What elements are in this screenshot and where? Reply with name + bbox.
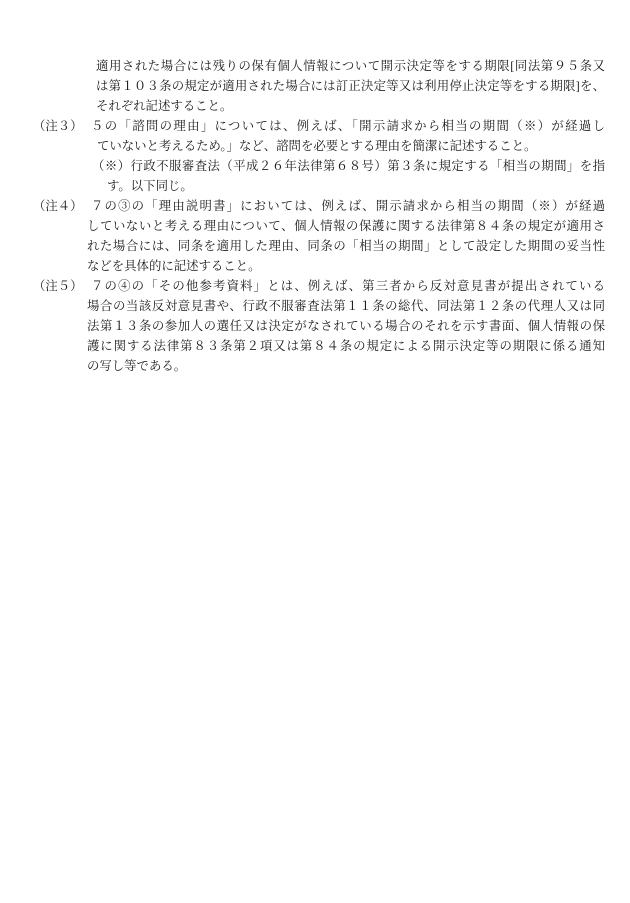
text-line: 法第１３条の参加人の選任又は決定がなされている場合のそれを示す書面、個人情報の保 [0,316,630,336]
note5-heading-line: （注５） ７の④の「その他参考資料」とは、例えば、第三者から反対意見書が提出され… [0,276,630,296]
note5-label: （注５） [33,276,83,296]
note4-label: （注４） [33,196,83,216]
text-line: 適用された場合には残りの保有個人情報について開示決定等をする期限[同法第９５条又 [0,56,630,76]
text-line: していないと考える理由について、個人情報の保護に関する法律第８４条の規定が適用さ [0,216,630,236]
line-text: れた場合には、同条を適用した理由、同条の「相当の期間」として設定した期間の妥当性 [87,236,605,256]
line-text: ７の③の「理由説明書」においては、例えば、開示請求から相当の期間（※）が経過 [91,196,605,216]
line-text: す。以下同じ。 [107,176,193,196]
note4-heading-line: （注４） ７の③の「理由説明書」においては、例えば、開示請求から相当の期間（※）… [0,196,630,216]
line-text: 護に関する法律第８３条第２項又は第８４条の規定による開示決定等の期限に係る通知 [87,336,605,356]
reference-note-line: （※）行政不服審査法（平成２６年法律第６８号）第３条に規定する「相当の期間」を指 [0,156,630,176]
text-line: ていないと考えるため。」など、諮問を必要とする理由を簡潔に記述すること。 [0,136,630,156]
line-text: 法第１３条の参加人の選任又は決定がなされている場合のそれを示す書面、個人情報の保 [87,316,605,336]
line-text: していないと考える理由について、個人情報の保護に関する法律第８４条の規定が適用さ [87,216,605,236]
line-text: は第１０３条の規定が適用された場合には訂正決定等又は利用停止決定等をする期限]を… [96,76,605,96]
text-line: それぞれ記述すること。 [0,96,630,116]
text-line: の写し等である。 [0,356,630,376]
text-line: 場合の当該反対意見書や、行政不服審査法第１１条の総代、同法第１２条の代理人又は同 [0,296,630,316]
document-page: 適用された場合には残りの保有個人情報について開示決定等をする期限[同法第９５条又… [0,0,630,903]
text-line: す。以下同じ。 [0,176,630,196]
line-text: の写し等である。 [87,356,186,376]
text-line: は第１０３条の規定が適用された場合には訂正決定等又は利用停止決定等をする期限]を… [0,76,630,96]
note3-heading-line: （注３） ５の「諮問の理由」については、例えば、「開示請求から相当の期間（※）が… [0,116,630,136]
text-line: などを具体的に記述すること。 [0,256,630,276]
line-text: それぞれ記述すること。 [96,96,232,116]
line-text: 適用された場合には残りの保有個人情報について開示決定等をする期限[同法第９５条又 [96,56,605,76]
notes-text-block: 適用された場合には残りの保有個人情報について開示決定等をする期限[同法第９５条又… [0,56,630,376]
line-text: ５の「諮問の理由」については、例えば、「開示請求から相当の期間（※）が経過し [91,116,605,136]
line-text: ていないと考えるため。」など、諮問を必要とする理由を簡潔に記述すること。 [97,136,536,156]
line-text: （※）行政不服審査法（平成２６年法律第６８号）第３条に規定する「相当の期間」を指 [92,156,605,176]
line-text: などを具体的に記述すること。 [87,256,260,276]
text-line: 護に関する法律第８３条第２項又は第８４条の規定による開示決定等の期限に係る通知 [0,336,630,356]
line-text: 場合の当該反対意見書や、行政不服審査法第１１条の総代、同法第１２条の代理人又は同 [87,296,605,316]
note3-label: （注３） [33,116,83,136]
text-line: れた場合には、同条を適用した理由、同条の「相当の期間」として設定した期間の妥当性 [0,236,630,256]
line-text: ７の④の「その他参考資料」とは、例えば、第三者から反対意見書が提出されている [91,276,605,296]
